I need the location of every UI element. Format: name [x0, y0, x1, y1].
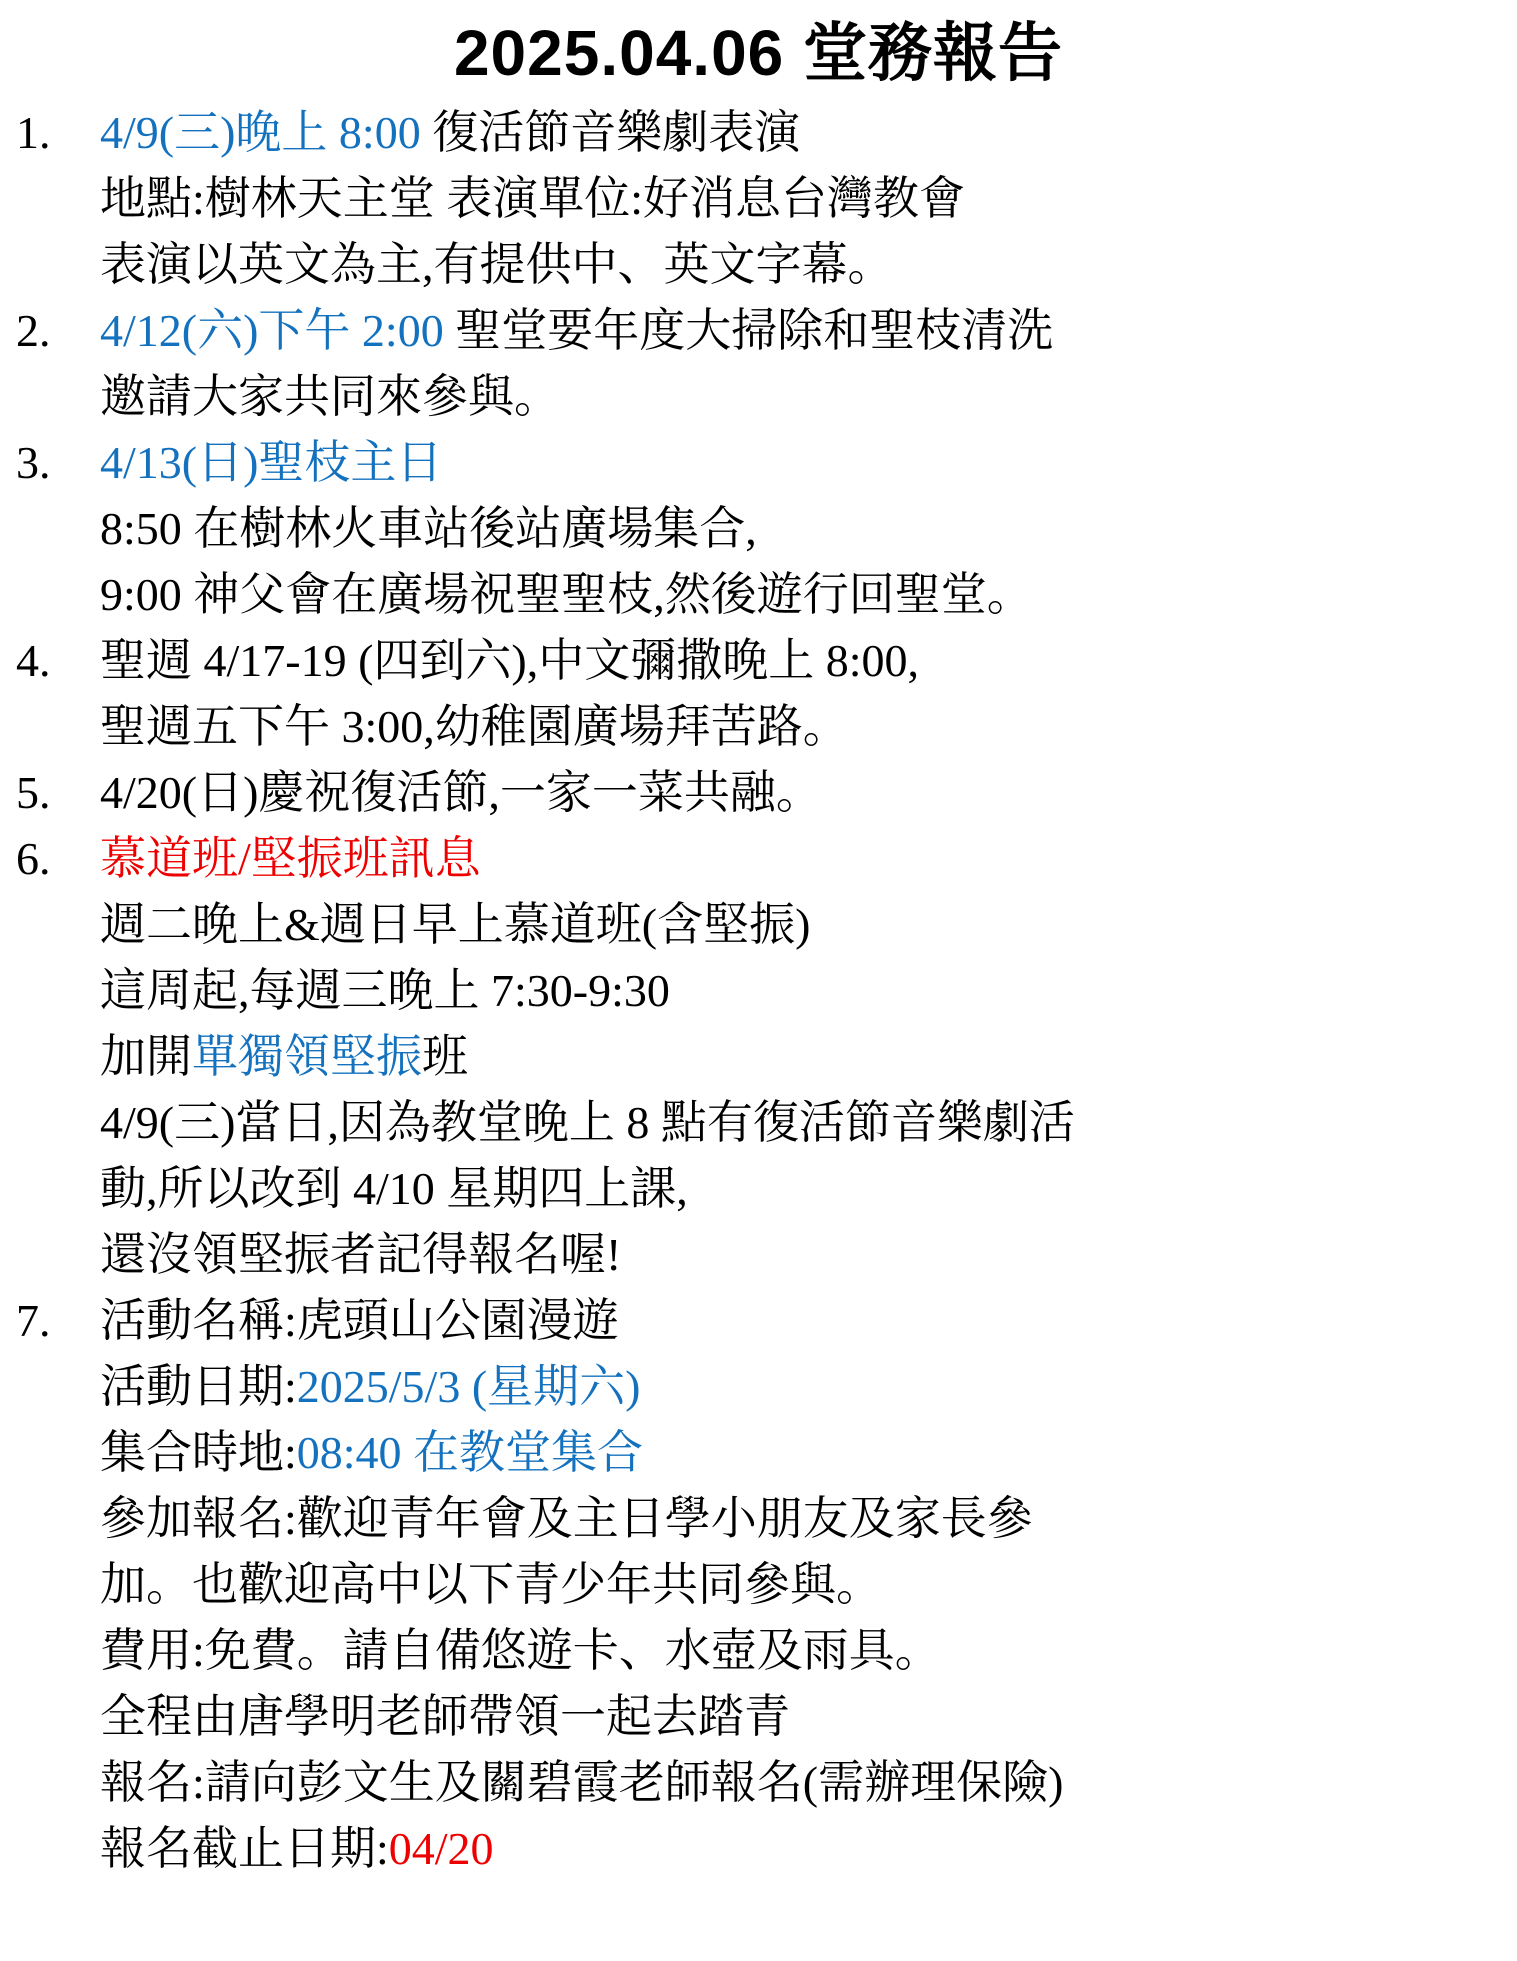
text-line: 邀請大家共同來參與。 [100, 364, 1517, 430]
text-line: 4/13(日)聖枝主日 [100, 430, 1517, 496]
text-segment: 聖週 4/17-19 (四到六),中文彌撒晚上 8:00, [100, 635, 919, 686]
text-segment: 還沒領堅振者記得報名喔! [100, 1229, 621, 1280]
text-segment: 活動日期: [100, 1361, 297, 1412]
text-line: 週二晚上&週日早上慕道班(含堅振) [100, 892, 1517, 958]
text-line: 動,所以改到 4/10 星期四上課, [100, 1156, 1517, 1222]
text-segment: 費用:免費。請自備悠遊卡、水壺及雨具。 [100, 1625, 941, 1676]
list-item: 1.4/9(三)晚上 8:00 復活節音樂劇表演地點:樹林天主堂 表演單位:好消… [0, 100, 1517, 298]
text-line: 慕道班/堅振班訊息 [100, 826, 1517, 892]
text-segment: 全程由唐學明老師帶領一起去踏青 [100, 1691, 790, 1742]
text-line: 表演以英文為主,有提供中、英文字幕。 [100, 232, 1517, 298]
text-line: 4/9(三)晚上 8:00 復活節音樂劇表演 [100, 100, 1517, 166]
list-item: 2.4/12(六)下午 2:00 聖堂要年度大掃除和聖枝清洗邀請大家共同來參與。 [0, 298, 1517, 430]
text-line: 聖週五下午 3:00,幼稚園廣場拜苦路。 [100, 694, 1517, 760]
list-item: 6.慕道班/堅振班訊息週二晚上&週日早上慕道班(含堅振)這周起,每週三晚上 7:… [0, 826, 1517, 1288]
text-segment: 參加報名:歡迎青年會及主日學小朋友及家長參 [100, 1493, 1033, 1544]
item-content: 4/13(日)聖枝主日8:50 在樹林火車站後站廣場集合,9:00 神父會在廣場… [100, 430, 1517, 628]
text-line: 活動名稱:虎頭山公園漫遊 [100, 1288, 1517, 1354]
text-segment: 4/20(日)慶祝復活節,一家一菜共融。 [100, 767, 822, 818]
list-item: 5.4/20(日)慶祝復活節,一家一菜共融。 [0, 760, 1517, 826]
text-line: 集合時地:08:40 在教堂集合 [100, 1420, 1517, 1486]
text-line: 4/9(三)當日,因為教堂晚上 8 點有復活節音樂劇活 [100, 1090, 1517, 1156]
item-number: 4. [0, 628, 100, 694]
text-line: 報名:請向彭文生及關碧霞老師報名(需辦理保險) [100, 1750, 1517, 1816]
item-number: 2. [0, 298, 100, 364]
text-line: 參加報名:歡迎青年會及主日學小朋友及家長參 [100, 1486, 1517, 1552]
list-item: 4.聖週 4/17-19 (四到六),中文彌撒晚上 8:00,聖週五下午 3:0… [0, 628, 1517, 760]
text-segment: 報名:請向彭文生及關碧霞老師報名(需辦理保險) [100, 1757, 1063, 1808]
text-segment: 表演以英文為主,有提供中、英文字幕。 [100, 239, 894, 290]
text-segment: 聖堂要年度大掃除和聖枝清洗 [444, 305, 1054, 356]
item-number: 3. [0, 430, 100, 496]
text-line: 這周起,每週三晚上 7:30-9:30 [100, 958, 1517, 1024]
text-segment: 04/20 [389, 1823, 494, 1874]
item-number: 7. [0, 1288, 100, 1354]
text-segment: 單獨領堅振 [192, 1031, 422, 1082]
text-segment: 加開 [100, 1031, 192, 1082]
text-segment: 4/9(三)當日,因為教堂晚上 8 點有復活節音樂劇活 [100, 1097, 1075, 1148]
text-line: 費用:免費。請自備悠遊卡、水壺及雨具。 [100, 1618, 1517, 1684]
text-segment: 4/12(六)下午 2:00 [100, 305, 444, 356]
text-segment: 復活節音樂劇表演 [421, 107, 801, 158]
text-segment: 活動名稱:虎頭山公園漫遊 [100, 1295, 619, 1346]
text-segment: 4/13(日)聖枝主日 [100, 437, 442, 488]
text-segment: 慕道班/堅振班訊息 [100, 833, 481, 884]
text-segment: 報名截止日期: [100, 1823, 389, 1874]
text-segment: 聖週五下午 3:00,幼稚園廣場拜苦路。 [100, 701, 849, 752]
item-content: 聖週 4/17-19 (四到六),中文彌撒晚上 8:00,聖週五下午 3:00,… [100, 628, 1517, 760]
text-line: 活動日期:2025/5/3 (星期六) [100, 1354, 1517, 1420]
text-segment: 4/9(三)晚上 8:00 [100, 107, 421, 158]
item-content: 活動名稱:虎頭山公園漫遊活動日期:2025/5/3 (星期六)集合時地:08:4… [100, 1288, 1517, 1882]
text-line: 加。也歡迎高中以下青少年共同參與。 [100, 1552, 1517, 1618]
announcement-list: 1.4/9(三)晚上 8:00 復活節音樂劇表演地點:樹林天主堂 表演單位:好消… [0, 100, 1517, 1882]
text-line: 全程由唐學明老師帶領一起去踏青 [100, 1684, 1517, 1750]
text-segment: 08:40 在教堂集合 [297, 1427, 643, 1478]
text-segment: 8:50 在樹林火車站後站廣場集合, [100, 503, 757, 554]
item-number: 6. [0, 826, 100, 892]
text-line: 8:50 在樹林火車站後站廣場集合, [100, 496, 1517, 562]
text-line: 4/12(六)下午 2:00 聖堂要年度大掃除和聖枝清洗 [100, 298, 1517, 364]
text-segment: 班 [422, 1031, 468, 1082]
text-segment: 集合時地: [100, 1427, 297, 1478]
text-segment: 動,所以改到 4/10 星期四上課, [100, 1163, 688, 1214]
item-content: 4/12(六)下午 2:00 聖堂要年度大掃除和聖枝清洗邀請大家共同來參與。 [100, 298, 1517, 430]
text-line: 9:00 神父會在廣場祝聖聖枝,然後遊行回聖堂。 [100, 562, 1517, 628]
item-number: 5. [0, 760, 100, 826]
text-line: 加開單獨領堅振班 [100, 1024, 1517, 1090]
text-segment: 邀請大家共同來參與。 [100, 371, 560, 422]
list-item: 7.活動名稱:虎頭山公園漫遊活動日期:2025/5/3 (星期六)集合時地:08… [0, 1288, 1517, 1882]
item-content: 4/20(日)慶祝復活節,一家一菜共融。 [100, 760, 1517, 826]
list-item: 3.4/13(日)聖枝主日8:50 在樹林火車站後站廣場集合,9:00 神父會在… [0, 430, 1517, 628]
item-content: 4/9(三)晚上 8:00 復活節音樂劇表演地點:樹林天主堂 表演單位:好消息台… [100, 100, 1517, 298]
text-segment: 2025/5/3 (星期六) [297, 1361, 641, 1412]
text-line: 聖週 4/17-19 (四到六),中文彌撒晚上 8:00, [100, 628, 1517, 694]
page-title: 2025.04.06 堂務報告 [0, 10, 1517, 96]
text-segment: 9:00 神父會在廣場祝聖聖枝,然後遊行回聖堂。 [100, 569, 1033, 620]
item-number: 1. [0, 100, 100, 166]
text-line: 還沒領堅振者記得報名喔! [100, 1222, 1517, 1288]
text-segment: 地點:樹林天主堂 表演單位:好消息台灣教會 [100, 173, 965, 224]
text-line: 報名截止日期:04/20 [100, 1816, 1517, 1882]
text-line: 地點:樹林天主堂 表演單位:好消息台灣教會 [100, 166, 1517, 232]
text-line: 4/20(日)慶祝復活節,一家一菜共融。 [100, 760, 1517, 826]
text-segment: 週二晚上&週日早上慕道班(含堅振) [100, 899, 810, 950]
announcement-document: 2025.04.06 堂務報告 1.4/9(三)晚上 8:00 復活節音樂劇表演… [0, 0, 1517, 1882]
text-segment: 這周起,每週三晚上 7:30-9:30 [100, 965, 670, 1016]
item-content: 慕道班/堅振班訊息週二晚上&週日早上慕道班(含堅振)這周起,每週三晚上 7:30… [100, 826, 1517, 1288]
text-segment: 加。也歡迎高中以下青少年共同參與。 [100, 1559, 882, 1610]
